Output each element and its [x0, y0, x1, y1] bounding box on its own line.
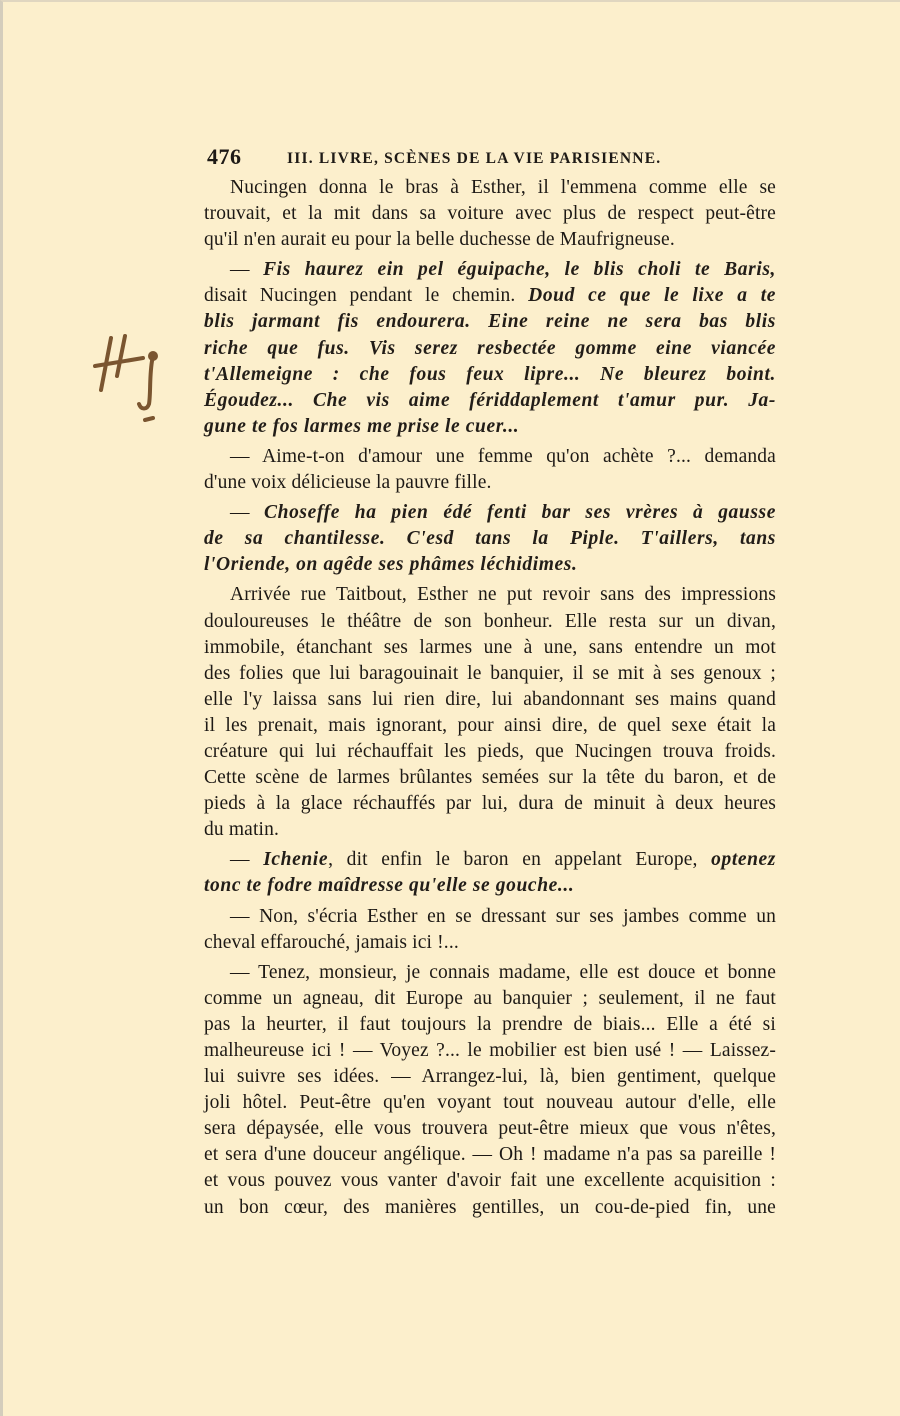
- text-line: douloureuses le théâtre de son bonheur. …: [204, 609, 776, 635]
- page-number: 476: [207, 144, 242, 170]
- italic-dialect-text: gune te fos larmes me prise le cuer...: [204, 416, 519, 437]
- text-segment: qu'il n'en aurait eu pour la belle duche…: [204, 229, 675, 250]
- italic-dialect-text: riche que fus. Vis serez resbectée gomme…: [204, 338, 776, 359]
- text-segment: — Tenez, monsieur, je connais madame, el…: [230, 962, 776, 983]
- text-line: pieds à la glace réchauffés par lui, dur…: [204, 791, 776, 817]
- text-segment: —: [230, 259, 263, 280]
- running-head: III. LIVRE, SCÈNES DE LA VIE PARISIENNE.: [287, 150, 661, 168]
- text-segment: — Non, s'écria Esther en se dressant sur…: [230, 906, 776, 927]
- text-segment: d'une voix délicieuse la pauvre fille.: [204, 472, 492, 493]
- text-segment: —: [230, 849, 263, 870]
- text-line: il les prenait, mais ignorant, pour ains…: [204, 713, 776, 739]
- text-segment: pas la heurter, il faut toujours la pren…: [204, 1014, 776, 1035]
- text-segment: douloureuses le théâtre de son bonheur. …: [204, 611, 776, 632]
- italic-dialect-text: Égoudez... Che vis aime fériddaplement t…: [204, 390, 776, 411]
- text-segment: —: [230, 502, 264, 523]
- text-line: — Aime-t-on d'amour une femme qu'on achè…: [204, 444, 776, 470]
- text-segment: , dit enfin le baron en appelant Europe,: [328, 849, 711, 870]
- page-header: 476 III. LIVRE, SCÈNES DE LA VIE PARISIE…: [207, 148, 777, 168]
- italic-dialect-text: de sa chantilesse. C'esd tans la Piple. …: [204, 528, 776, 549]
- text-line: — Tenez, monsieur, je connais madame, el…: [204, 960, 776, 986]
- text-line: elle l'y laissa sans lui rien dire, lui …: [204, 687, 776, 713]
- text-line: pas la heurter, il faut toujours la pren…: [204, 1012, 776, 1038]
- text-segment: Nucingen donna le bras à Esther, il l'em…: [230, 177, 776, 198]
- text-segment: immobile, étanchant ses larmes une à une…: [204, 637, 776, 658]
- text-line: trouvait, et la mit dans sa voiture avec…: [204, 201, 776, 227]
- text-line: et sera d'une douceur angélique. — Oh ! …: [204, 1142, 776, 1168]
- italic-dialect-text: optenez: [711, 849, 776, 870]
- text-line: sera dépaysée, elle vous trouvera peut-ê…: [204, 1116, 776, 1142]
- italic-dialect-text: l'Oriende, on agêde ses phâmes léchidime…: [204, 554, 577, 575]
- text-line: — Ichenie, dit enfin le baron en appelan…: [204, 847, 776, 873]
- text-segment: elle l'y laissa sans lui rien dire, lui …: [204, 689, 776, 710]
- text-segment: et vous pouvez vous vanter d'avoir fait …: [204, 1170, 776, 1191]
- text-segment: malheureuse ici ! — Voyez ?... le mobili…: [204, 1040, 776, 1061]
- text-line: un bon cœur, des manières gentilles, un …: [204, 1195, 776, 1221]
- text-line: — Non, s'écria Esther en se dressant sur…: [204, 904, 776, 930]
- text-segment: lui suivre ses idées. — Arrangez-lui, là…: [204, 1066, 776, 1087]
- text-line: créature qui lui réchauffait les pieds, …: [204, 739, 776, 765]
- text-line: riche que fus. Vis serez resbectée gomme…: [204, 336, 776, 362]
- italic-dialect-text: Ichenie: [263, 849, 328, 870]
- text-line: — Choseffe ha pien édé fenti bar ses vrè…: [204, 500, 776, 526]
- text-line: joli hôtel. Peut-être qu'en voyant tout …: [204, 1090, 776, 1116]
- text-line: de sa chantilesse. C'esd tans la Piple. …: [204, 526, 776, 552]
- text-segment: sera dépaysée, elle vous trouvera peut-ê…: [204, 1118, 776, 1139]
- text-line: d'une voix délicieuse la pauvre fille.: [204, 470, 776, 496]
- text-line: tonc te fodre maîdresse qu'elle se gouch…: [204, 873, 776, 899]
- text-segment: — Aime-t-on d'amour une femme qu'on achè…: [230, 446, 776, 467]
- text-line: immobile, étanchant ses larmes une à une…: [204, 635, 776, 661]
- text-segment: Arrivée rue Taitbout, Esther ne put revo…: [230, 584, 776, 605]
- text-line: Nucingen donna le bras à Esther, il l'em…: [204, 175, 776, 201]
- text-line: et vous pouvez vous vanter d'avoir fait …: [204, 1168, 776, 1194]
- text-segment: et sera d'une douceur angélique. — Oh ! …: [204, 1144, 776, 1165]
- text-segment: des folies que lui baragouinait le banqu…: [204, 663, 776, 684]
- text-line: Égoudez... Che vis aime fériddaplement t…: [204, 388, 776, 414]
- text-segment: comme un agneau, dit Europe au banquier …: [204, 988, 776, 1009]
- text-line: Cette scène de larmes brûlantes semées s…: [204, 765, 776, 791]
- text-line: lui suivre ses idées. — Arrangez-lui, là…: [204, 1064, 776, 1090]
- italic-dialect-text: t'Allemeigne : che fous feux lipre... Ne…: [204, 364, 776, 385]
- text-line: des folies que lui baragouinait le banqu…: [204, 661, 776, 687]
- text-line: malheureuse ici ! — Voyez ?... le mobili…: [204, 1038, 776, 1064]
- book-page: 476 III. LIVRE, SCÈNES DE LA VIE PARISIE…: [0, 0, 900, 1416]
- text-segment: il les prenait, mais ignorant, pour ains…: [204, 715, 776, 736]
- text-line: blis jarmant fis endourera. Eine reine n…: [204, 309, 776, 335]
- text-line: — Fis haurez ein pel éguipache, le blis …: [204, 257, 776, 283]
- text-segment: du matin.: [204, 819, 279, 840]
- text-line: Arrivée rue Taitbout, Esther ne put revo…: [204, 582, 776, 608]
- text-segment: trouvait, et la mit dans sa voiture avec…: [204, 203, 776, 224]
- text-segment: un bon cœur, des manières gentilles, un …: [204, 1197, 776, 1218]
- text-line: comme un agneau, dit Europe au banquier …: [204, 986, 776, 1012]
- text-line: t'Allemeigne : che fous feux lipre... Ne…: [204, 362, 776, 388]
- handwritten-margin-mark-icon: [93, 332, 173, 432]
- text-line: l'Oriende, on agêde ses phâmes léchidime…: [204, 552, 776, 578]
- italic-dialect-text: Doud ce que le lixe a te: [528, 285, 776, 306]
- text-segment: joli hôtel. Peut-être qu'en voyant tout …: [204, 1092, 776, 1113]
- italic-dialect-text: tonc te fodre maîdresse qu'elle se gouch…: [204, 875, 574, 896]
- text-segment: Cette scène de larmes brûlantes semées s…: [204, 767, 776, 788]
- text-line: du matin.: [204, 817, 776, 843]
- text-line: qu'il n'en aurait eu pour la belle duche…: [204, 227, 776, 253]
- italic-dialect-text: Choseffe ha pien édé fenti bar ses vrère…: [264, 502, 776, 523]
- text-line: disait Nucingen pendant le chemin. Doud …: [204, 283, 776, 309]
- text-segment: disait Nucingen pendant le chemin.: [204, 285, 528, 306]
- text-segment: cheval effarouché, jamais ici !...: [204, 932, 459, 953]
- italic-dialect-text: Fis haurez ein pel éguipache, le blis ch…: [263, 259, 776, 280]
- italic-dialect-text: blis jarmant fis endourera. Eine reine n…: [204, 311, 776, 332]
- text-segment: pieds à la glace réchauffés par lui, dur…: [204, 793, 776, 814]
- text-line: cheval effarouché, jamais ici !...: [204, 930, 776, 956]
- text-line: gune te fos larmes me prise le cuer...: [204, 414, 776, 440]
- page-body-text: Nucingen donna le bras à Esther, il l'em…: [204, 175, 776, 1221]
- text-segment: créature qui lui réchauffait les pieds, …: [204, 741, 776, 762]
